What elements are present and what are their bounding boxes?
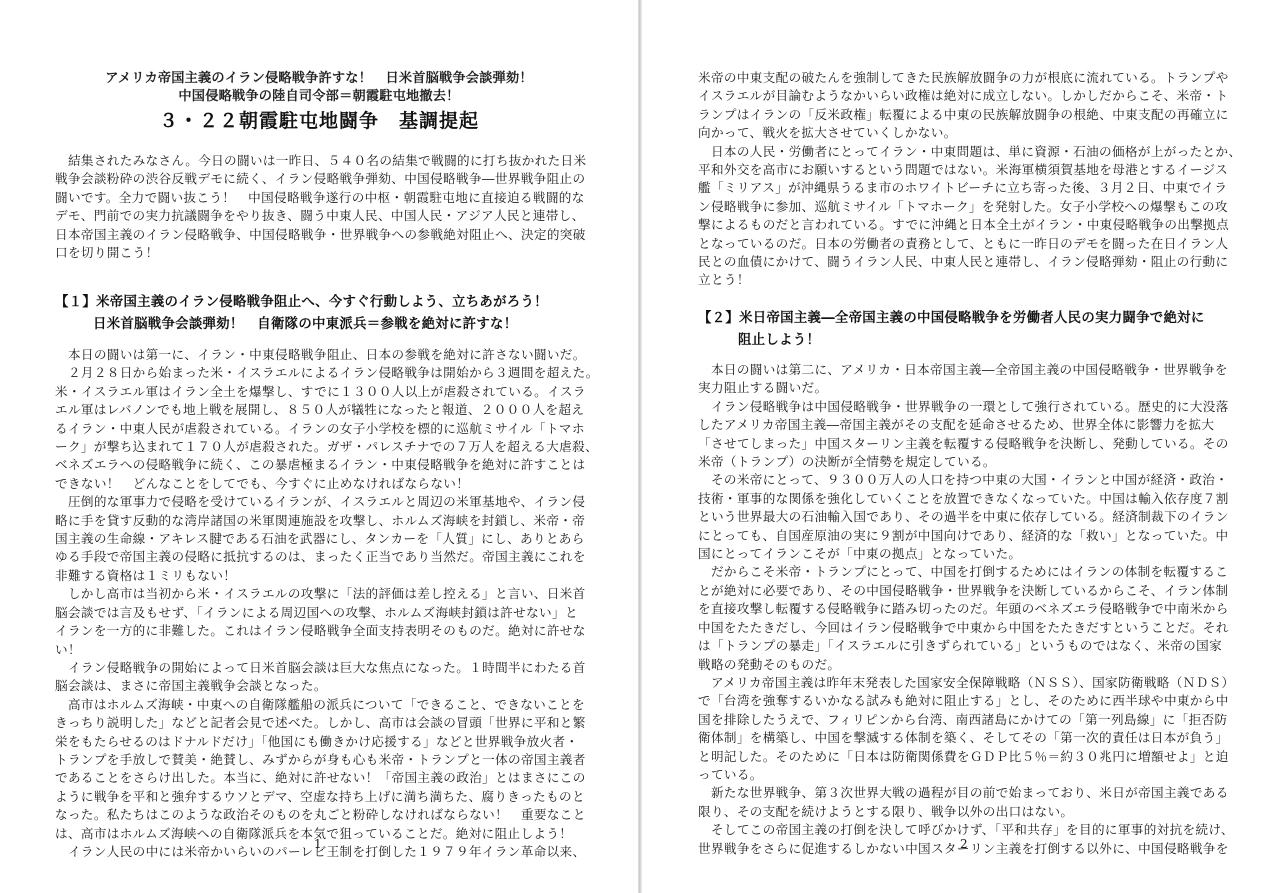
text-line: 技術・軍事的な関係を強化していくことを放置できなくなっていた。中国は輸入依存度７… [698,490,1228,508]
text-line: 新たな世界戦争、第３次世界大戦の過程が目の前で始まっており、米日が帝国主義である [698,784,1228,802]
text-line: ーク」が撃ち込まれて１７０人が虐殺された。ガザ・パレスチナでの７万人を超える大虐… [55,438,583,456]
text-line: 向かって、戦火を拡大させていくしかない。 [698,124,1228,142]
text-line: にとっても、自国産原油の実に９割が中国向けであり、経済的な「救い」となっていた。… [698,527,1228,545]
text-line: 口を切り開こう！ [55,244,583,262]
text-line: きっちり説明した」などと記者会見で述べた。しかし、高市は会談の冒頭「世界に平和と… [55,714,583,732]
text-line: 高市はホルムズ海峡・中東への自衛隊艦船の派兵について「できること、できないことを [55,696,583,714]
text-line: イランを一方的に非難した。これはイラン侵略戦争全面支持表明そのものだ。絶対に許せ… [55,622,583,640]
page-2-continued-body: 米帝の中東支配の破たんを強制してきた民族解放闘争の力が根底に流れている。トランプ… [698,69,1228,290]
text-line: 民との血債にかけて、闘うイラン人民、中東人民と連帯し、イラン侵略弾劾・阻止の行動… [698,253,1228,271]
document-title-block: アメリカ帝国主義のイラン侵略戦争許すな！ 日米首脳戦争会談弾劾！ 中国侵略戦争の… [55,70,583,134]
text-line: 栄をもたらせるのはドナルドだけ」「他国にも働きかけ応援する」などと世界戦争放火者… [55,733,583,751]
text-line: その米帝にとって、９３００万人の人口を持つ中東の大国・イランと中国が経済・政治・ [698,471,1228,489]
text-line: 国主義の生命線・アキレス腱である石油を武器にし、タンカーを「人質」にし、ありとあ… [55,530,583,548]
text-line: 戦略の発動そのものだ。 [698,656,1228,674]
text-line: 国にとってイランこそが「中東の拠点」となっていた。 [698,545,1228,563]
text-line: 本日の闘いは第二に、アメリカ・日本帝国主義―全帝国主義の中国侵略戦争・世界戦争を [698,361,1228,379]
text-line: 限り、その支配を続けようとする限り、戦争以外の出口はない。 [698,803,1228,821]
text-line: 本日の闘いは第一に、イラン・中東侵略戦争阻止、日本の参戦を絶対に許さない闘いだ。 [55,346,583,364]
text-line: イラン侵略戦争は中国侵略戦争・世界戦争の一環として強行されている。歴史的に大没落 [698,398,1228,416]
text-line: 略に手を貸す反動的な湾岸諸国の米軍関連施設を攻撃し、ホルムズ海峡を封鎖し、米帝・… [55,512,583,530]
text-line: であることをさらけ出した。本当に、絶対に許せない！「帝国主義の政治」とはまさにこ… [55,769,583,787]
text-line: ように戦争を平和と強弁するウソとデマ、空虚な持ち上げに満ち満ちた、腐りきったもの… [55,788,583,806]
text-line: は「トランプの暴走」「イスラエルに引きずられている」というものではなく、米帝の国… [698,637,1228,655]
text-line: 闘いです。全力で闘い抜こう！ 中国侵略戦争遂行の中枢・朝霞駐屯地に直接迫る戦闘的… [55,189,583,207]
text-line: 結集されたみなさん。今日の闘いは一昨日、５４０名の結集で戦闘的に打ち抜かれた日米 [55,152,583,170]
text-line: したアメリカ帝国主義―帝国主義がその支配を延命させるため、世界全体に影響力を拡大 [698,416,1228,434]
section-2-body: 本日の闘いは第二に、アメリカ・日本帝国主義―全帝国主義の中国侵略戦争・世界戦争を… [698,361,1228,858]
text-line: しかし高市は当初から米・イスラエルの攻撃に「法的評価は差し控える」と言い、日米首 [55,585,583,603]
section-1-heading-line-1: 【１】米帝国主義のイラン侵略戦争阻止へ、今すぐ行動しよう、立ちあがろう！ [55,292,548,314]
text-line: と明記した。そのために「日本は防衛関係費をＧＤＰ比５％＝約３０兆円に増額せよ」と… [698,748,1228,766]
text-line: 日本の人民・労働者にとってイラン・中東問題は、単に資源・石油の価格が上がったとか… [698,143,1228,161]
text-line: 圧倒的な軍事力で侵略を受けているイランが、イスラエルと周辺の米軍基地や、イラン侵 [55,493,583,511]
text-line: 「させてしまった」中国スターリン主義を転覆する侵略戦争を決断し、発動している。そ… [698,435,1228,453]
text-line: 日本帝国主義のイラン侵略戦争、中国侵略戦争・世界戦争への参戦絶対阻止へ、決定的突… [55,226,583,244]
text-line: るイラン・中東人民が虐殺されている。イランの女子小学校を標的に巡航ミサイル「トマ… [55,420,583,438]
text-line: なった。私たちはこのような政治そのものを丸ごと粉砕しなければならない！ 重要なこ… [55,806,583,824]
text-line: 立とう！ [698,271,1228,289]
section-1-body: 本日の闘いは第一に、イラン・中東侵略戦争阻止、日本の参戦を絶対に許さない闘いだ。… [55,346,583,861]
text-line: ランプはイランの「反米政権」転覆による中東の民族解放闘争の根絶、中東支配の再確立… [698,106,1228,124]
text-line: 実力阻止する闘いだ。 [698,379,1228,397]
text-line: エル軍はレバノンでも地上戦を展開し、８５０人が犠牲になったと報道、２０００人を超… [55,401,583,419]
section-1-heading: 【１】米帝国主義のイラン侵略戦争阻止へ、今すぐ行動しよう、立ちあがろう！ 日米首… [55,292,548,336]
text-line: 米帝の中東支配の破たんを強制してきた民族解放闘争の力が根底に流れている。トランプ… [698,69,1228,87]
text-line: 国を排除したうえで、フィリピンから台湾、南西諸島にかけての「第一列島線」に「拒否… [698,711,1228,729]
text-line: っている。 [698,766,1228,784]
text-line: という世界最大の石油輸入国であり、その過半を中東に依存している。経済制裁下のイラ… [698,508,1228,526]
text-line: 米帝（トランプ）の決断が全情勢を規定している。 [698,453,1228,471]
text-line: イスラエルが目論むようなかいらい政権は絶対に成立しない。しかしだからこそ、米帝・… [698,87,1228,105]
text-line: 中国をたたきだし、今回はイラン侵略戦争で中東から中国をたたきだすということだ。そ… [698,619,1228,637]
text-line: 艦「ミリアス」が沖縄県うるま市のホワイトビーチに立ち寄った後、３月２日、中東でイ… [698,179,1228,197]
text-line: だからこそ米帝・トランプにとって、中国を打倒するためにはイランの体制を転覆するこ [698,563,1228,581]
text-line: で「台湾を強奪するいかなる試みも絶対に阻止する」とし、そのために西半球や中東から… [698,692,1228,710]
text-line: ゆる手段で帝国主義の侵略に抵抗するのは、まったく正当であり当然だ。帝国主義にこれ… [55,548,583,566]
page-number-2: 2 [960,837,968,851]
text-line: を直接攻撃し転覆する侵略戦争に踏み切ったのだ。年頭のベネズエラ侵略戦争で中南米か… [698,600,1228,618]
text-line: ベネズエラへの侵略戦争に続く、この暴虐極まるイラン・中東侵略戦争を絶対に許すこと… [55,456,583,474]
section-2-heading-line-2: 阻止しよう！ [698,330,1205,352]
section-2-heading-line-1: 【２】米日帝国主義―全帝国主義の中国侵略戦争を労働者人民の実力闘争で絶対に [698,308,1205,330]
text-line: できない！ どんなことをしてでも、今すぐに止めなければならない！ [55,475,583,493]
text-line: イラン侵略戦争の開始によって日米首脳会談は巨大な焦点になった。１時間半にわたる首 [55,659,583,677]
title-line-1: アメリカ帝国主義のイラン侵略戦争許すな！ 日米首脳戦争会談弾劾！ [55,70,583,88]
text-line: 非難する資格は１ミリもない！ [55,567,583,585]
text-line: となっているのだ。日本の労働者の責務として、ともに一昨日のデモを闘った在日イラン… [698,235,1228,253]
title-line-2: 中国侵略戦争の陸自司令部＝朝霞駐屯地撤去！ [55,88,583,106]
section-2-heading: 【２】米日帝国主義―全帝国主義の中国侵略戦争を労働者人民の実力闘争で絶対に 阻止… [698,308,1205,352]
section-1-heading-line-2: 日米首脳戦争会談弾劾！ 自衛隊の中東派兵＝参戦を絶対に許すな！ [55,314,548,336]
text-line: ン侵略戦争に参加、巡航ミサイル「トマホーク」を発射した。女子小学校への爆撃もこの… [698,198,1228,216]
text-line: 米・イスラエル軍はイラン全土を爆撃し、すでに１３００人以上が虐殺されている。イス… [55,383,583,401]
text-line: 脳会談は、まさに帝国主義戦争会談となった。 [55,677,583,695]
text-line: トランプを手放しで賛美・絶賛し、みずからが身も心も米帝・トランプと一体の帝国主義… [55,751,583,769]
text-line: 撃によるものだと言われている。すでに沖縄と日本全土がイラン・中東侵略戦争の出撃拠… [698,216,1228,234]
text-line: い！ [55,641,583,659]
intro-paragraph: 結集されたみなさん。今日の闘いは一昨日、５４０名の結集で戦闘的に打ち抜かれた日米… [55,152,583,262]
text-line: アメリカ帝国主義は昨年末発表した国家安全保障戦略（ＮＳＳ）、国家防衛戦略（ＮＤＳ… [698,674,1228,692]
text-line: デモ、門前での実力抗議闘争をやり抜き、闘う中東人民、中国人民・アジア人民と連帯し… [55,207,583,225]
document-main-title: ３・２２朝霞駐屯地闘争 基調提起 [55,108,583,134]
page-1-content: アメリカ帝国主義のイラン侵略戦争許すな！ 日米首脳戦争会談弾劾！ 中国侵略戦争の… [55,70,583,134]
text-line: 衛体制」を構築し、中国を撃滅する体制を築く、そしてその「第一次的責任は日本が負う… [698,729,1228,747]
text-line: 脳会談では言及もせず、「イランによる周辺国への攻撃、ホルムズ海峡封鎖は許せない」… [55,604,583,622]
text-line: 戦争会談粉砕の渋谷反戦デモに続く、イラン侵略戦争弾劾、中国侵略戦争―世界戦争阻止… [55,170,583,188]
text-line: ２月２８日から始まった米・イスラエルによるイラン侵略戦争は開始から３週間を超えた… [55,364,583,382]
text-line: 平和外交を高市にお願いするという問題ではない。米海軍横須賀基地を母港とするイージ… [698,161,1228,179]
text-line: とが絶対に必要であり、その中国侵略戦争・世界戦争を決断しているからこそ、イラン体… [698,582,1228,600]
page-number-1: 1 [314,837,322,851]
